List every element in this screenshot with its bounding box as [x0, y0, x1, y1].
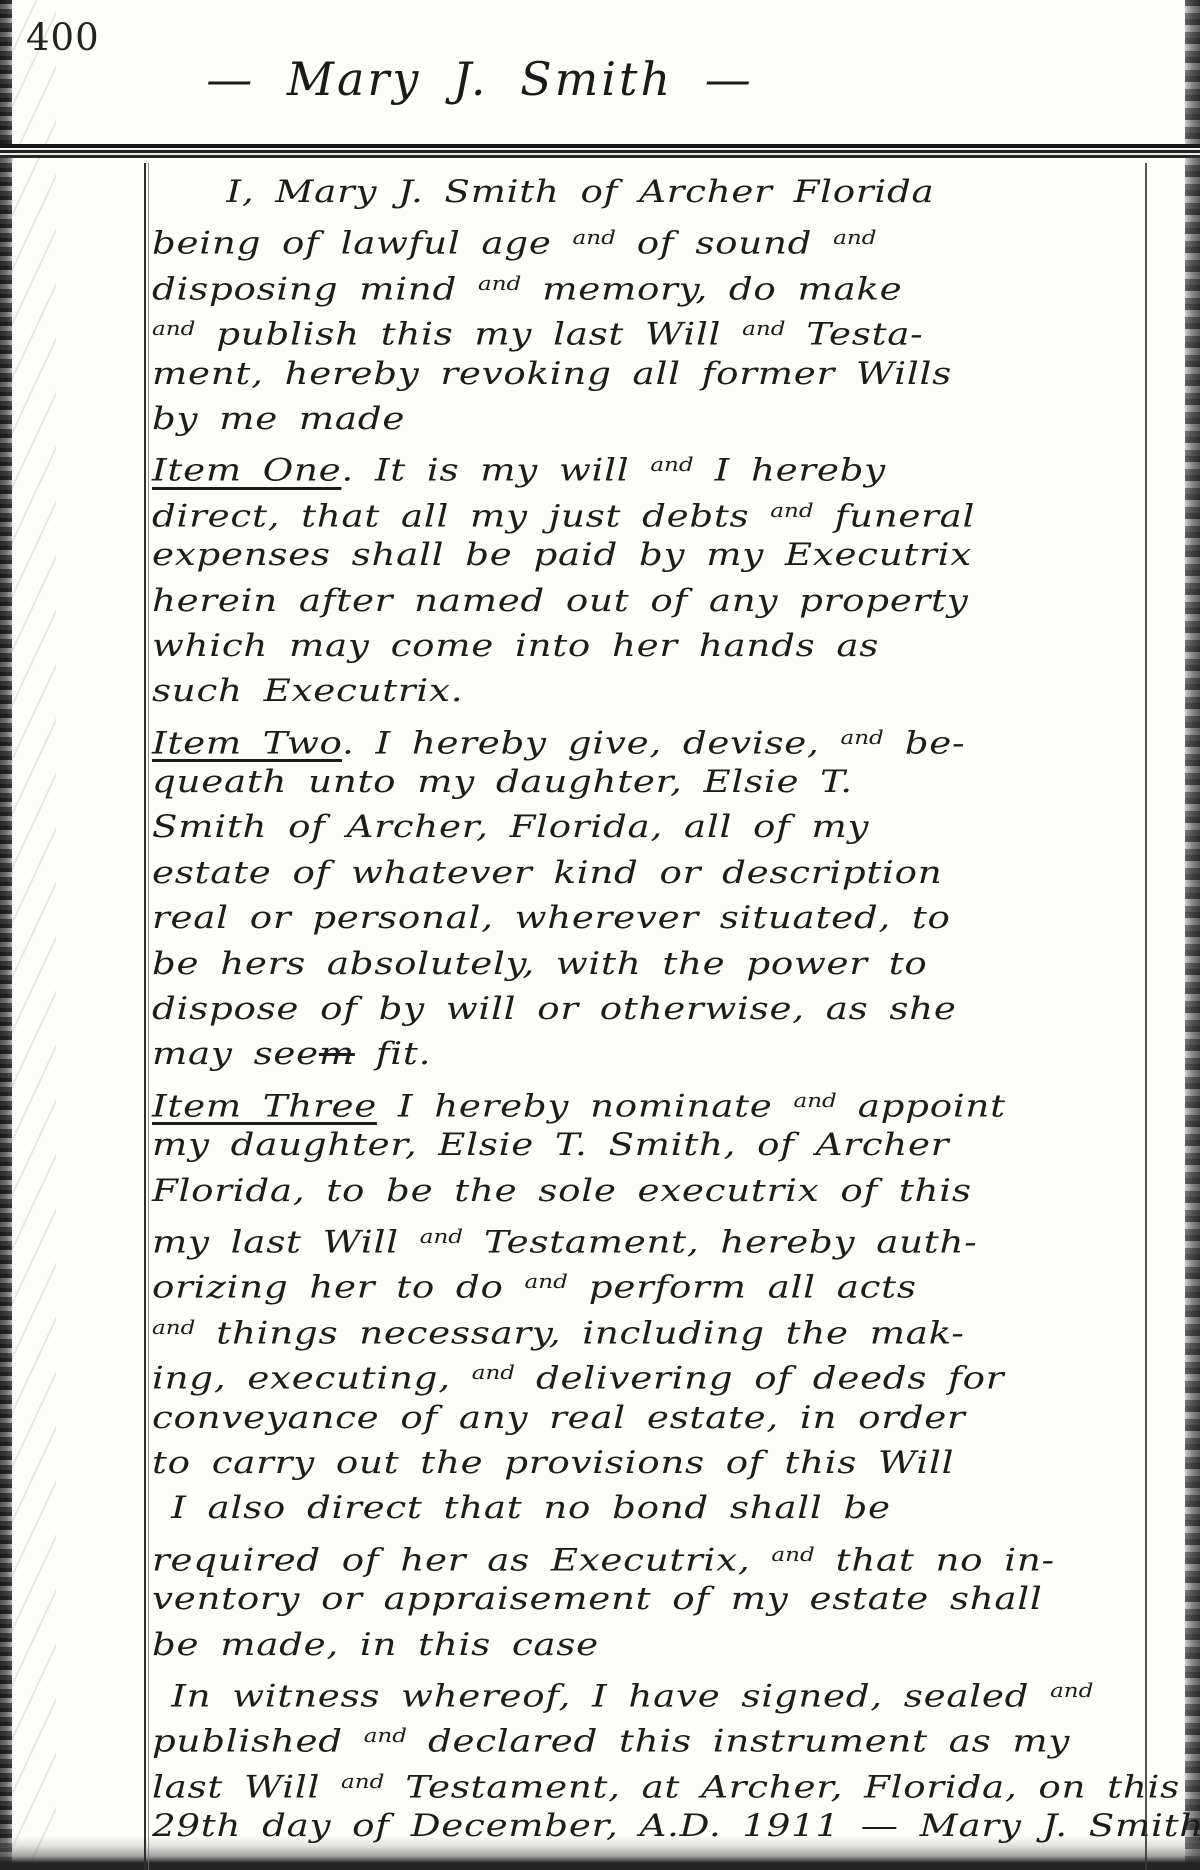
- text-line: and things necessary, including the mak-: [152, 1305, 1166, 1350]
- item-heading: Item Three: [152, 1088, 377, 1124]
- text-line: be made, in this case: [152, 1623, 1166, 1668]
- text-line: estate of whatever kind or description: [152, 851, 1166, 896]
- text-segment: may see: [152, 1036, 319, 1072]
- text-segment: queath unto my daughter, Elsie T.: [152, 764, 853, 800]
- text-line: dispose of by will or otherwise, as she: [152, 987, 1166, 1032]
- text-segment: my daughter, Elsie T. Smith, of Archer: [152, 1127, 949, 1163]
- text-line: be hers absolutely, with the power to: [152, 942, 1166, 987]
- text-segment: and: [573, 226, 616, 249]
- text-line: published and declared this instrument a…: [152, 1713, 1166, 1758]
- text-line: by me made: [152, 397, 1166, 442]
- text-segment: and: [650, 453, 693, 476]
- text-line: herein after named out of any property: [152, 579, 1166, 624]
- text-segment: and: [833, 226, 876, 249]
- text-segment: I hereby: [694, 453, 886, 489]
- text-segment: perform all acts: [568, 1270, 917, 1306]
- text-segment: herein after named out of any property: [152, 583, 968, 619]
- text-segment: expenses shall be paid by my Executrix: [152, 537, 972, 573]
- text-segment: to carry out the provisions of this Will: [152, 1445, 954, 1481]
- text-line: expenses shall be paid by my Executrix: [152, 533, 1166, 578]
- text-line: queath unto my daughter, Elsie T.: [152, 760, 1166, 805]
- text-segment: things necessary, including the mak-: [195, 1315, 964, 1351]
- text-segment: funeral: [814, 498, 976, 534]
- text-segment: being of lawful age: [152, 226, 573, 262]
- text-line: which may come into her hands as: [152, 624, 1166, 669]
- text-line: disposing mind and memory, do make: [152, 261, 1166, 306]
- text-segment: and: [525, 1270, 568, 1293]
- text-line: ing, executing, and delivering of deeds …: [152, 1350, 1166, 1395]
- text-segment: I, Mary J. Smith of Archer Florida: [226, 174, 934, 210]
- text-segment: and: [478, 272, 521, 295]
- text-segment: real or personal, wherever situated, to: [152, 900, 951, 936]
- text-segment: m: [319, 1036, 355, 1072]
- text-line: such Executrix.: [152, 669, 1166, 714]
- text-segment: 29th day of December, A.D. 1911 — Mary J…: [152, 1808, 1200, 1844]
- text-line: I also direct that no bond shall be: [152, 1486, 1166, 1531]
- text-segment: and: [840, 726, 883, 749]
- text-segment: I also direct that no bond shall be: [171, 1490, 891, 1526]
- ledger-page: 400 — Mary J. Smith — I, Mary J. Smith o…: [0, 0, 1200, 1870]
- text-segment: . I hereby give, devise,: [342, 725, 840, 761]
- text-line: may seem fit.: [152, 1032, 1166, 1077]
- text-segment: orizing her to do: [152, 1270, 525, 1306]
- text-line: ment, hereby revoking all former Wills: [152, 352, 1166, 397]
- text-segment: which may come into her hands as: [152, 628, 879, 664]
- text-segment: Testa-: [785, 317, 923, 353]
- text-line: Item Two. I hereby give, devise, and be-: [152, 715, 1166, 760]
- text-segment: conveyance of any real estate, in order: [152, 1400, 966, 1436]
- text-segment: Florida, to be the sole executrix of thi…: [152, 1173, 972, 1209]
- text-segment: and: [364, 1724, 407, 1747]
- text-line: to carry out the provisions of this Will: [152, 1441, 1166, 1486]
- text-segment: fit.: [355, 1036, 431, 1072]
- text-segment: and: [770, 499, 813, 522]
- page-title: — Mary J. Smith —: [170, 52, 790, 106]
- text-segment: and: [420, 1225, 463, 1248]
- text-segment: dispose of by will or otherwise, as she: [152, 991, 957, 1027]
- text-segment: by me made: [152, 401, 405, 437]
- text-segment: ventory or appraisement of my estate sha…: [152, 1581, 1043, 1617]
- text-line: conveyance of any real estate, in order: [152, 1396, 1166, 1441]
- will-text: I, Mary J. Smith of Archer Floridabeing …: [152, 170, 1166, 1849]
- scan-edge-left-haze: [10, 0, 56, 1870]
- text-line: real or personal, wherever situated, to: [152, 896, 1166, 941]
- text-segment: Testament, at Archer, Florida, on this: [384, 1769, 1180, 1805]
- text-segment: and: [152, 317, 195, 340]
- text-line: required of her as Executrix, and that n…: [152, 1532, 1166, 1577]
- text-segment: published: [152, 1724, 364, 1760]
- text-segment: that no in-: [815, 1542, 1055, 1578]
- text-segment: ment, hereby revoking all former Wills: [152, 356, 952, 392]
- text-line: 29th day of December, A.D. 1911 — Mary J…: [152, 1804, 1166, 1849]
- text-segment: and: [742, 317, 785, 340]
- text-segment: be made, in this case: [152, 1627, 599, 1663]
- text-line: I, Mary J. Smith of Archer Florida: [152, 170, 1166, 215]
- text-segment: delivering of deeds for: [515, 1361, 1004, 1397]
- text-segment: I hereby nominate: [377, 1088, 794, 1124]
- text-segment: and: [152, 1316, 195, 1339]
- margin-rule-left: [144, 163, 150, 1870]
- text-line: being of lawful age and of sound and: [152, 215, 1166, 260]
- text-segment: appoint: [837, 1088, 1006, 1124]
- text-line: my last Will and Testament, hereby auth-: [152, 1214, 1166, 1259]
- text-line: my daughter, Elsie T. Smith, of Archer: [152, 1123, 1166, 1168]
- text-segment: and: [771, 1543, 814, 1566]
- text-segment: last Will: [152, 1769, 341, 1805]
- text-segment: . It is my will: [341, 453, 650, 489]
- item-heading: Item One: [152, 453, 341, 489]
- text-line: Item Three I hereby nominate and appoint: [152, 1078, 1166, 1123]
- text-line: Smith of Archer, Florida, all of my: [152, 805, 1166, 850]
- text-segment: direct, that all my just debts: [152, 498, 770, 534]
- item-heading: Item Two: [152, 725, 342, 761]
- scan-edge-right: [1185, 0, 1200, 1870]
- text-line: last Will and Testament, at Archer, Flor…: [152, 1759, 1166, 1804]
- text-line: direct, that all my just debts and funer…: [152, 488, 1166, 533]
- text-line: orizing her to do and perform all acts: [152, 1259, 1166, 1304]
- text-line: In witness whereof, I have signed, seale…: [152, 1668, 1166, 1713]
- text-segment: publish this my last Will: [195, 317, 742, 353]
- text-segment: declared this instrument as my: [407, 1724, 1070, 1760]
- text-line: ventory or appraisement of my estate sha…: [152, 1577, 1166, 1622]
- text-segment: estate of whatever kind or description: [152, 855, 942, 891]
- text-line: Item One. It is my will and I hereby: [152, 442, 1166, 487]
- text-segment: such Executrix.: [152, 673, 463, 709]
- text-line: and publish this my last Will and Testa-: [152, 306, 1166, 351]
- text-segment: and: [472, 1361, 515, 1384]
- page-number: 400: [26, 16, 100, 59]
- text-segment: of sound: [616, 226, 833, 262]
- text-segment: Testament, hereby auth-: [463, 1225, 977, 1261]
- text-segment: be-: [884, 725, 966, 761]
- text-line: Florida, to be the sole executrix of thi…: [152, 1169, 1166, 1214]
- text-segment: memory, do make: [521, 271, 902, 307]
- text-segment: disposing mind: [152, 271, 478, 307]
- text-segment: be hers absolutely, with the power to: [152, 946, 928, 982]
- text-segment: ing, executing,: [152, 1361, 472, 1397]
- text-segment: and: [1050, 1679, 1093, 1702]
- text-segment: my last Will: [152, 1225, 420, 1261]
- text-segment: and: [793, 1089, 836, 1112]
- header-rule: [0, 142, 1200, 163]
- text-segment: required of her as Executrix,: [152, 1542, 771, 1578]
- text-segment: and: [341, 1770, 384, 1793]
- text-segment: In witness whereof, I have signed, seale…: [171, 1679, 1050, 1715]
- text-segment: Smith of Archer, Florida, all of my: [152, 809, 869, 845]
